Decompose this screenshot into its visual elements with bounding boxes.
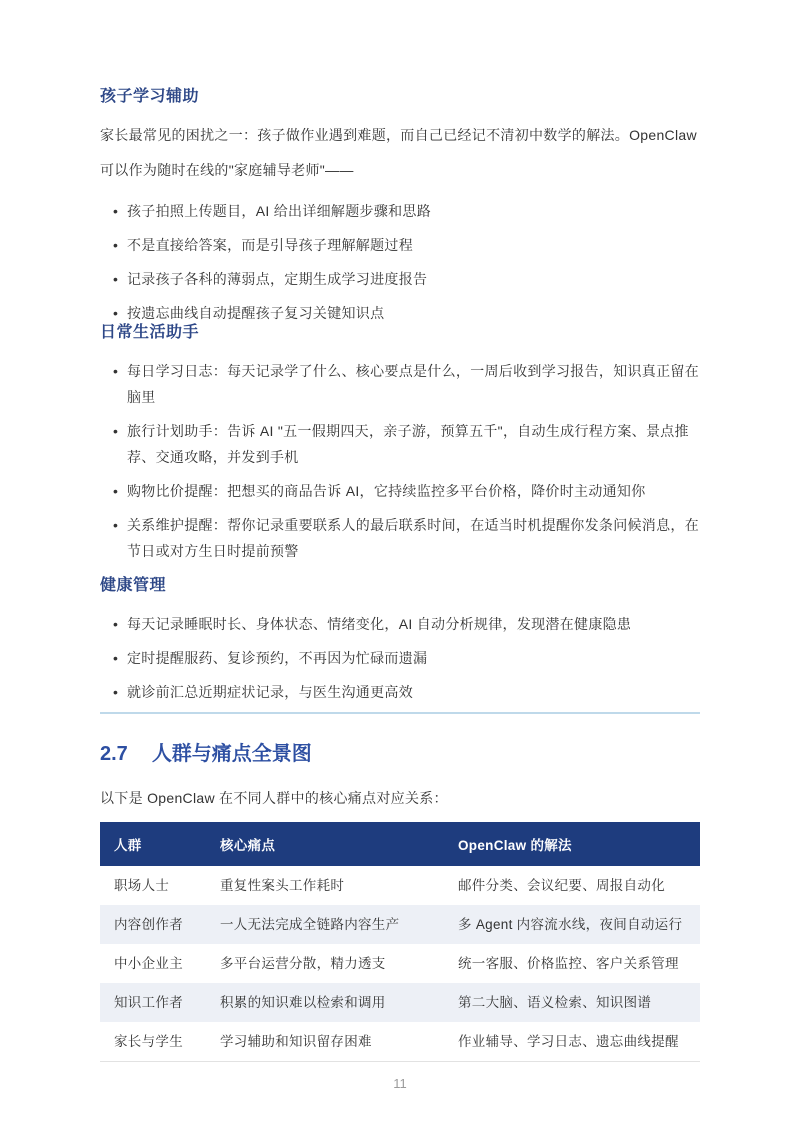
section-number: 2.7 <box>100 743 128 765</box>
table-row: 中小企业主 多平台运营分散，精力透支 统一客服、价格监控、客户关系管理 <box>100 944 700 983</box>
column-header: 核心痛点 <box>206 822 444 866</box>
cell-persona: 职场人士 <box>100 866 206 905</box>
section-heading: 健康管理 <box>100 575 700 597</box>
section-2-7-intro: 以下是 OpenClaw 在不同人群中的核心痛点对应关系： <box>100 786 700 810</box>
bullet-item: 孩子拍照上传题目，AI 给出详细解题步骤和思路 <box>100 198 700 224</box>
bullet-item: 购物比价提醒：把想买的商品告诉 AI，它持续监控多平台价格，降价时主动通知你 <box>100 478 700 504</box>
bullet-list: 每天记录睡眠时长、身体状态、情绪变化，AI 自动分析规律，发现潜在健康隐患 定时… <box>100 611 700 705</box>
paragraph: 家长最常见的困扰之一：孩子做作业遇到难题，而自己已经记不清初中数学的解法。Ope… <box>100 118 700 188</box>
cell-persona: 家长与学生 <box>100 1022 206 1062</box>
cell-painpoint: 积累的知识难以检索和调用 <box>206 983 444 1022</box>
document-page: 孩子学习辅助 家长最常见的困扰之一：孩子做作业遇到难题，而自己已经记不清初中数学… <box>0 0 800 1131</box>
cell-solution: 作业辅导、学习日志、遗忘曲线提醒 <box>444 1022 700 1062</box>
personas-table: 人群 核心痛点 OpenClaw 的解法 职场人士 重复性案头工作耗时 邮件分类… <box>100 822 700 1062</box>
paragraph: 以下是 OpenClaw 在不同人群中的核心痛点对应关系： <box>100 786 700 810</box>
section-heading: 孩子学习辅助 <box>100 86 700 108</box>
cell-solution: 统一客服、价格监控、客户关系管理 <box>444 944 700 983</box>
cell-painpoint: 多平台运营分散，精力透支 <box>206 944 444 983</box>
cell-persona: 内容创作者 <box>100 905 206 944</box>
table-row: 知识工作者 积累的知识难以检索和调用 第二大脑、语义检索、知识图谱 <box>100 983 700 1022</box>
bullet-item: 关系维护提醒：帮你记录重要联系人的最后联系时间，在适当时机提醒你发条问候消息，在… <box>100 512 700 564</box>
page-number: 11 <box>0 1076 800 1091</box>
section-daily-life: 日常生活助手 每日学习日志：每天记录学了什么、核心要点是什么，一周后收到学习报告… <box>100 322 700 572</box>
cell-solution: 邮件分类、会议纪要、周报自动化 <box>444 866 700 905</box>
bullet-item: 定时提醒服药、复诊预约，不再因为忙碌而遗漏 <box>100 645 700 671</box>
cell-persona: 中小企业主 <box>100 944 206 983</box>
column-header: OpenClaw 的解法 <box>444 822 700 866</box>
page-title: 2.7人群与痛点全景图 <box>100 740 700 768</box>
bullet-item: 旅行计划助手：告诉 AI "五一假期四天，亲子游，预算五千"，自动生成行程方案、… <box>100 418 700 470</box>
cell-painpoint: 学习辅助和知识留存困难 <box>206 1022 444 1062</box>
cell-solution: 第二大脑、语义检索、知识图谱 <box>444 983 700 1022</box>
table-row: 家长与学生 学习辅助和知识留存困难 作业辅导、学习日志、遗忘曲线提醒 <box>100 1022 700 1062</box>
section-2-7-heading: 2.7人群与痛点全景图 <box>100 740 700 768</box>
table-header-row: 人群 核心痛点 OpenClaw 的解法 <box>100 822 700 866</box>
table-row: 职场人士 重复性案头工作耗时 邮件分类、会议纪要、周报自动化 <box>100 866 700 905</box>
bullet-list: 每日学习日志：每天记录学了什么、核心要点是什么，一周后收到学习报告，知识真正留在… <box>100 358 700 564</box>
cell-painpoint: 一人无法完成全链路内容生产 <box>206 905 444 944</box>
section-personas-table: 人群 核心痛点 OpenClaw 的解法 职场人士 重复性案头工作耗时 邮件分类… <box>100 822 700 1062</box>
bullet-list: 孩子拍照上传题目，AI 给出详细解题步骤和思路 不是直接给答案，而是引导孩子理解… <box>100 198 700 326</box>
bullet-item: 每日学习日志：每天记录学了什么、核心要点是什么，一周后收到学习报告，知识真正留在… <box>100 358 700 410</box>
section-divider <box>100 712 700 714</box>
section-child-learning: 孩子学习辅助 家长最常见的困扰之一：孩子做作业遇到难题，而自己已经记不清初中数学… <box>100 86 700 334</box>
bullet-item: 记录孩子各科的薄弱点，定期生成学习进度报告 <box>100 266 700 292</box>
cell-painpoint: 重复性案头工作耗时 <box>206 866 444 905</box>
section-title: 人群与痛点全景图 <box>152 743 312 765</box>
cell-solution: 多 Agent 内容流水线，夜间自动运行 <box>444 905 700 944</box>
section-heading: 日常生活助手 <box>100 322 700 344</box>
bullet-item: 就诊前汇总近期症状记录，与医生沟通更高效 <box>100 679 700 705</box>
bullet-item: 不是直接给答案，而是引导孩子理解解题过程 <box>100 232 700 258</box>
cell-persona: 知识工作者 <box>100 983 206 1022</box>
column-header: 人群 <box>100 822 206 866</box>
table-row: 内容创作者 一人无法完成全链路内容生产 多 Agent 内容流水线，夜间自动运行 <box>100 905 700 944</box>
section-health: 健康管理 每天记录睡眠时长、身体状态、情绪变化，AI 自动分析规律，发现潜在健康… <box>100 575 700 713</box>
bullet-item: 每天记录睡眠时长、身体状态、情绪变化，AI 自动分析规律，发现潜在健康隐患 <box>100 611 700 637</box>
